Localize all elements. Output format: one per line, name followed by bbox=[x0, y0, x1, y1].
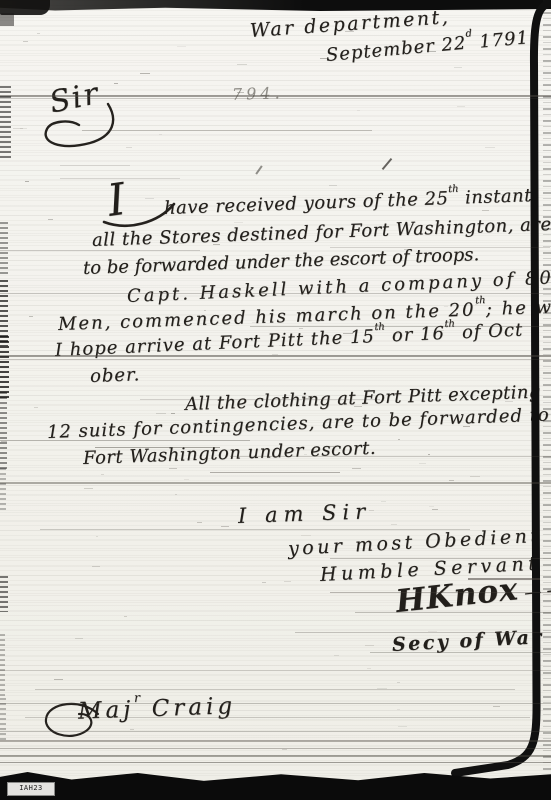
scan-speck bbox=[397, 709, 400, 710]
scan-speck bbox=[284, 581, 291, 582]
scan-speck bbox=[75, 638, 83, 639]
closing-line-1: I am Sir bbox=[238, 499, 372, 528]
left-edge-artifact bbox=[0, 698, 6, 742]
scan-speck bbox=[171, 413, 175, 414]
scan-streak bbox=[35, 689, 515, 690]
scan-streak bbox=[0, 762, 551, 763]
scan-speck bbox=[159, 134, 162, 135]
scan-speck bbox=[140, 73, 150, 74]
scan-speck bbox=[381, 501, 386, 502]
faint-page-number: 794. bbox=[232, 83, 284, 104]
scan-speck bbox=[92, 566, 100, 567]
scan-speck bbox=[124, 616, 127, 617]
scan-speck bbox=[20, 128, 27, 129]
body-line-10: Fort Washington under escort. bbox=[83, 438, 377, 469]
scan-speck bbox=[391, 524, 397, 525]
ink-stray-mark bbox=[382, 158, 393, 170]
scan-speck bbox=[34, 407, 38, 408]
scan-streak bbox=[82, 130, 372, 131]
scan-speck bbox=[175, 494, 177, 495]
right-margin-speckle bbox=[543, 0, 551, 772]
left-edge-artifact bbox=[0, 336, 9, 398]
scan-speck bbox=[37, 33, 40, 34]
scan-streak bbox=[0, 748, 551, 749]
scan-speck bbox=[352, 468, 361, 469]
scan-speck bbox=[1, 441, 7, 442]
body-line-7: ober. bbox=[90, 364, 141, 387]
scan-speck bbox=[96, 536, 98, 537]
scan-speck bbox=[29, 316, 33, 317]
scan-streak bbox=[60, 165, 130, 166]
scan-speck bbox=[398, 439, 400, 440]
scan-speck bbox=[114, 83, 118, 84]
scan-speck bbox=[282, 749, 287, 750]
body-line-2: all the Stores destined for Fort Washing… bbox=[92, 214, 551, 251]
scan-streak bbox=[0, 740, 551, 742]
left-edge-artifact bbox=[0, 634, 5, 696]
scan-speck bbox=[334, 655, 339, 656]
scan-speck bbox=[365, 645, 374, 646]
scan-speck bbox=[145, 198, 154, 199]
bottom-edge-band bbox=[0, 767, 551, 800]
scan-speck bbox=[457, 106, 465, 107]
scan-speck bbox=[398, 726, 407, 727]
ink-stray-mark bbox=[255, 165, 262, 174]
left-edge-artifact bbox=[0, 86, 11, 160]
scan-speck bbox=[48, 219, 53, 220]
left-edge-artifact bbox=[0, 280, 8, 346]
scan-speck bbox=[23, 41, 28, 42]
scan-speck bbox=[237, 64, 247, 65]
left-edge-artifact bbox=[0, 222, 8, 276]
scan-speck bbox=[377, 688, 387, 689]
docket-addressee: Majr Craig bbox=[78, 692, 237, 724]
scan-streak bbox=[0, 731, 551, 732]
scan-speck bbox=[329, 185, 337, 186]
scan-speck bbox=[470, 476, 480, 477]
scan-speck bbox=[156, 413, 166, 414]
top-edge-band bbox=[0, 0, 551, 11]
scan-speck bbox=[429, 506, 434, 507]
scan-speck bbox=[397, 682, 400, 683]
scan-speck bbox=[177, 46, 186, 47]
scan-speck bbox=[493, 706, 500, 707]
scan-streak bbox=[210, 472, 340, 473]
scan-speck bbox=[485, 147, 495, 148]
scan-speck bbox=[449, 480, 454, 481]
scan-streak bbox=[0, 755, 551, 757]
scan-speck bbox=[454, 67, 462, 68]
left-edge-artifact bbox=[0, 392, 7, 472]
signature-title: Secy of War bbox=[391, 626, 544, 656]
scan-speck bbox=[130, 729, 134, 730]
scan-speck bbox=[272, 354, 278, 355]
scan-speck bbox=[101, 474, 104, 475]
scan-speck bbox=[13, 128, 23, 129]
scan-speck bbox=[169, 468, 177, 469]
scan-streak bbox=[0, 670, 551, 671]
scan-speck bbox=[54, 679, 63, 680]
scan-speck bbox=[197, 522, 202, 523]
scan-speck bbox=[234, 222, 243, 223]
scan-streak bbox=[40, 529, 470, 530]
scan-speck bbox=[25, 181, 29, 182]
scan-speck bbox=[432, 509, 438, 510]
document-scan-page: War department, September 22d 1791. Sir … bbox=[0, 0, 551, 800]
scan-speck bbox=[428, 454, 430, 455]
body-initial: I bbox=[104, 174, 128, 227]
left-edge-artifact bbox=[0, 468, 6, 510]
scan-speck bbox=[419, 463, 426, 464]
top-left-blotch-2 bbox=[0, 13, 14, 26]
scan-speck bbox=[126, 147, 132, 148]
left-edge-artifact bbox=[0, 576, 8, 612]
scan-speck bbox=[184, 479, 189, 480]
scan-speck bbox=[221, 526, 229, 527]
scan-streak bbox=[0, 482, 551, 484]
archive-label: IAH23 bbox=[7, 782, 55, 796]
scan-speck bbox=[262, 582, 266, 583]
salutation: Sir bbox=[46, 76, 103, 121]
body-line-1: have received yours of the 25th instant bbox=[164, 185, 533, 219]
scan-speck bbox=[482, 210, 489, 211]
scan-speck bbox=[357, 110, 360, 111]
scan-speck bbox=[84, 488, 93, 489]
scan-speck bbox=[367, 668, 371, 669]
